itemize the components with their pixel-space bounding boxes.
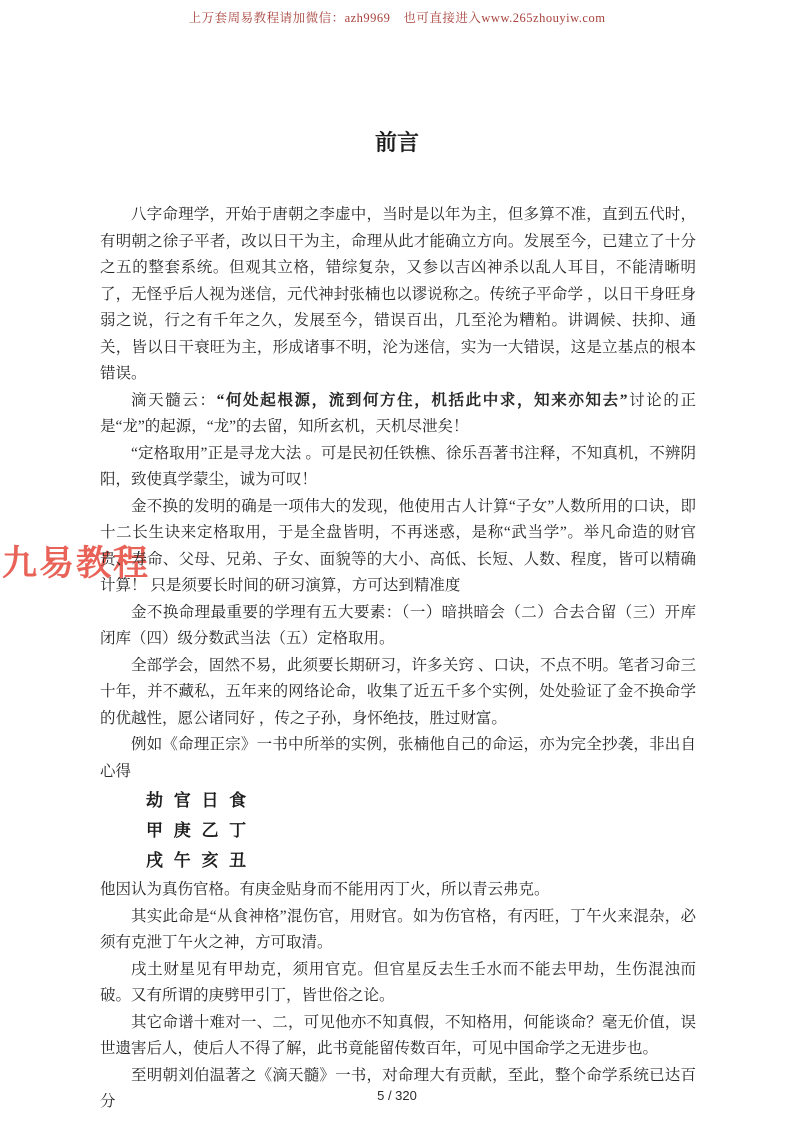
paragraph-five-keys: 金不换命理最重要的学理有五大要素：（一）暗拱暗会（二）合去合留（三）开库闭库（四… bbox=[100, 600, 696, 653]
paragraph-analysis-2: 其实此命是“从食神格”混伤官，用财官。如为伤官格，有丙旺，丁午火来混杂，必须有克… bbox=[100, 904, 696, 957]
bazi-chart: 劫 官 日 食 甲 庚 乙 丁 戌 午 亥 丑 bbox=[100, 786, 696, 876]
bazi-line-stems: 甲 庚 乙 丁 bbox=[100, 816, 696, 846]
paragraph-analysis-3: 戌土财星见有甲劫克，须用官克。但官星反去生壬水而不能去甲劫，生伤混浊而破。又有所… bbox=[100, 957, 696, 1010]
page-number: 5 / 320 bbox=[0, 1088, 794, 1103]
page-title: 前言 bbox=[0, 126, 794, 157]
ditiansui-prefix: 滴天髓云： bbox=[131, 392, 217, 409]
paragraph-dingge-quyong: “定格取用”正是寻龙大法 。可是民初任铁樵、徐乐吾著书注释，不知真机，不辨阴阳，… bbox=[100, 441, 696, 494]
header-notice: 上万套周易教程请加微信：azh9969 也可直接进入www.265zhouyiw… bbox=[0, 8, 794, 26]
bazi-line-branches: 戌 午 亥 丑 bbox=[100, 846, 696, 876]
document-page: 上万套周易教程请加微信：azh9969 也可直接进入www.265zhouyiw… bbox=[0, 0, 794, 1122]
paragraph-jinbuhuan: 金不换的发明的确是一项伟大的发现，他使用古人计算“子女”人数所用的口诀，即十二长… bbox=[100, 494, 696, 600]
ditiansui-quote: “何处起根源，流到何方住，机括此中求，知来亦知去” bbox=[217, 392, 628, 409]
paragraph-ditiansui: 滴天髓云：“何处起根源，流到何方住，机括此中求，知来亦知去”讨论的正是“龙”的起… bbox=[100, 388, 696, 441]
paragraph-analysis-1: 他因认为真伤官格。有庚金贴身而不能用丙丁火，所以青云弗克。 bbox=[100, 877, 696, 904]
paragraph-history: 八字命理学，开始于唐朝之李虚中，当时是以年为主，但多算不准，直到五代时，有明朝之… bbox=[100, 202, 696, 388]
paragraph-critique: 其它命谱十难对一、二，可见他亦不知真假，不知格用，何能谈命？毫无价值，误世遗害后… bbox=[100, 1010, 696, 1063]
bazi-line-gods: 劫 官 日 食 bbox=[100, 786, 696, 816]
paragraph-example: 例如《命理正宗》一书中所举的实例，张楠他自己的命运，亦为完全抄袭，非出自心得 bbox=[100, 732, 696, 785]
document-body: 八字命理学，开始于唐朝之李虚中，当时是以年为主，但多算不准，直到五代时，有明朝之… bbox=[100, 202, 696, 1116]
paragraph-learning: 全部学会，固然不易，此须要长期研习，许多关窍 、口诀，不点不明。笔者习命三十年，… bbox=[100, 653, 696, 733]
